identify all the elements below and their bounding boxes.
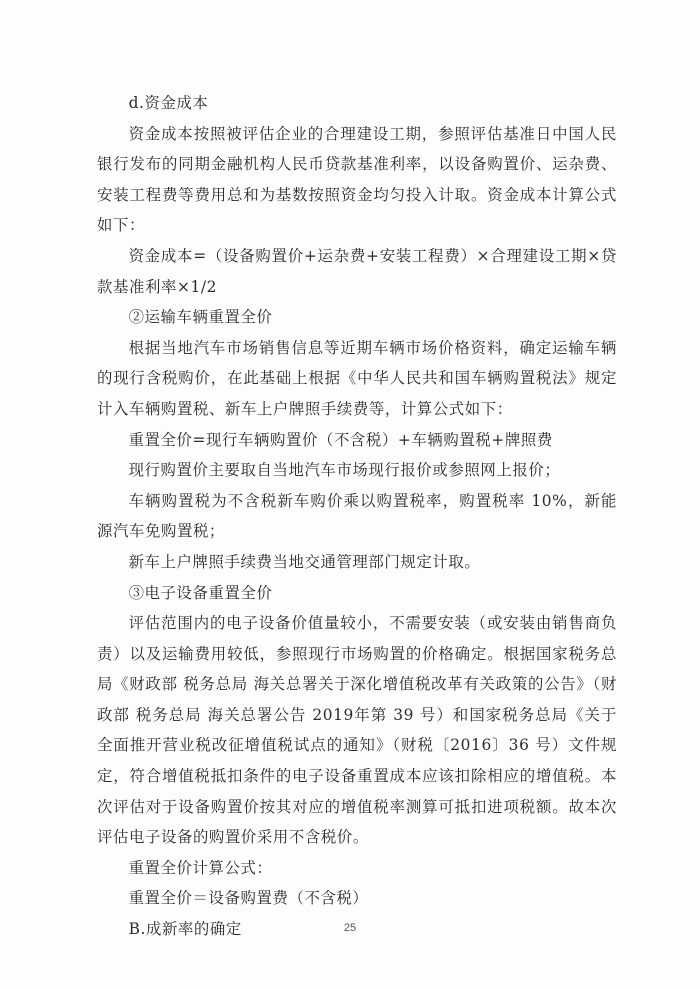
- section-heading-electronic: ③电子设备重置全价: [97, 578, 617, 609]
- paragraph-capital-cost: 资金成本按照被评估企业的合理建设工期，参照评估基准日中国人民银行发布的同期金融机…: [97, 119, 617, 241]
- paragraph-current-price: 现行购置价主要取自当地汽车市场现行报价或参照网上报价；: [97, 455, 617, 486]
- label-formula: 重置全价计算公式：: [97, 853, 617, 884]
- paragraph-purchase-tax: 车辆购置税为不含税新车购价乘以购置税率，购置税率 10%，新能源汽车免购置税；: [97, 486, 617, 547]
- paragraph-electronic: 评估范围内的电子设备价值量较小，不需要安装（或安装由销售商负责）以及运输费用较低…: [97, 608, 617, 853]
- page-number: 25: [0, 922, 700, 934]
- paragraph-plate-fee: 新车上户牌照手续费当地交通管理部门规定计取。: [97, 547, 617, 578]
- formula-capital-cost: 资金成本=（设备购置价+运杂费+安装工程费）×合理建设工期×贷款基准利率×1/2: [97, 241, 617, 302]
- formula-electronic: 重置全价＝设备购置费（不含税）: [97, 883, 617, 914]
- paragraph-vehicle: 根据当地汽车市场销售信息等近期车辆市场价格资料，确定运输车辆的现行含税购价，在此…: [97, 333, 617, 425]
- formula-vehicle: 重置全价=现行车辆购置价（不含税）+车辆购置税+牌照费: [97, 425, 617, 456]
- section-heading-vehicle: ②运输车辆重置全价: [97, 302, 617, 333]
- document-page: d.资金成本 资金成本按照被评估企业的合理建设工期，参照评估基准日中国人民银行发…: [97, 88, 617, 945]
- section-heading-capital-cost: d.资金成本: [97, 88, 617, 119]
